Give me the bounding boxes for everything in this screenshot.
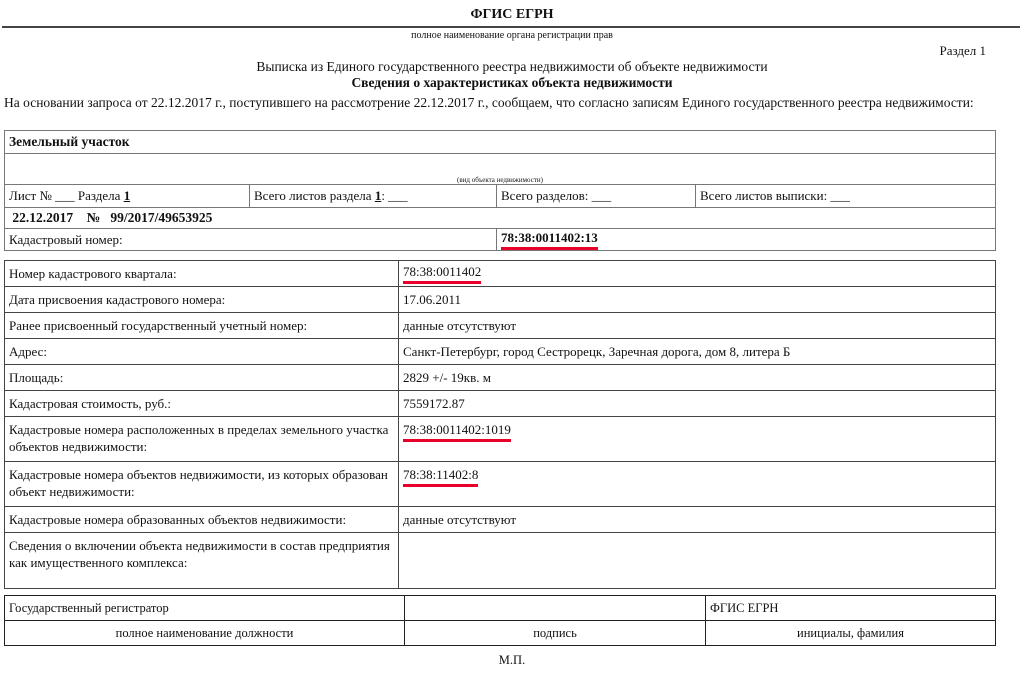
property-label: Адрес: — [5, 339, 399, 365]
property-row: Кадастровые номера объектов недвижимости… — [5, 462, 996, 507]
property-row: Адрес:Санкт-Петербург, город Сестрорецк,… — [5, 339, 996, 365]
cadastral-number-cell: 78:38:0011402:13 — [497, 229, 996, 251]
property-row: Сведения о включении объекта недвижимост… — [5, 533, 996, 589]
section-label: Раздел 1 — [939, 43, 986, 59]
property-row: Кадастровая стоимость, руб.:7559172.87 — [5, 391, 996, 417]
property-label: Площадь: — [5, 365, 399, 391]
property-value-cell: 78:38:0011402:1019 — [399, 417, 996, 462]
sheet-number-cell: Лист № ___ Раздела 1 — [5, 185, 250, 208]
extract-date: 22.12.2017 — [12, 210, 73, 225]
intro-paragraph: На основании запроса от 22.12.2017 г., п… — [4, 94, 1004, 111]
property-row: Дата присвоения кадастрового номера:17.0… — [5, 287, 996, 313]
property-value-cell: 78:38:0011402 — [399, 261, 996, 287]
name-caption: инициалы, фамилия — [706, 621, 996, 646]
extract-number: 99/2017/49653925 — [110, 210, 212, 225]
property-label: Кадастровая стоимость, руб.: — [5, 391, 399, 417]
registrar-signature — [405, 596, 706, 621]
property-value-cell: 7559172.87 — [399, 391, 996, 417]
property-label: Ранее присвоенный государственный учетны… — [5, 313, 399, 339]
property-value: 78:38:11402:8 — [403, 467, 478, 487]
property-value-cell: Санкт-Петербург, город Сестрорецк, Зареч… — [399, 339, 996, 365]
total-sheets-section-blank: : ___ — [381, 188, 407, 203]
signature-table: Государственный регистратор ФГИС ЕГРН по… — [4, 595, 996, 646]
registrar-position: Государственный регистратор — [5, 596, 405, 621]
property-value-cell — [399, 533, 996, 589]
document-title: Выписка из Единого государственного реес… — [0, 59, 1024, 75]
property-label: Кадастровые номера расположенных в преде… — [5, 417, 399, 462]
number-sign: № — [87, 210, 101, 225]
cadastral-number-label: Кадастровый номер: — [5, 229, 497, 251]
total-sections: Всего разделов: ___ — [497, 185, 696, 208]
section-number: 1 — [124, 188, 131, 203]
signature-caption: подпись — [405, 621, 706, 646]
property-value-cell: данные отсутствуют — [399, 507, 996, 533]
property-value: 17.06.2011 — [403, 292, 461, 307]
property-value: 78:38:0011402 — [403, 264, 481, 284]
object-type: Земельный участок — [5, 131, 996, 154]
object-type-caption: (вид объекта недвижимости) — [5, 154, 996, 185]
property-row: Площадь:2829 +/- 19кв. м — [5, 365, 996, 391]
section-word: Раздела — [78, 188, 121, 203]
object-header-table: Земельный участок (вид объекта недвижимо… — [4, 130, 996, 251]
property-value-cell: 78:38:11402:8 — [399, 462, 996, 507]
sheet-label: Лист № — [9, 188, 52, 203]
property-value: данные отсутствуют — [403, 512, 516, 527]
registry-org-caption: полное наименование органа регистрации п… — [0, 30, 1024, 41]
property-label: Дата присвоения кадастрового номера: — [5, 287, 399, 313]
stamp-place: М.П. — [0, 653, 1024, 668]
properties-table: Номер кадастрового квартала:78:38:001140… — [4, 260, 996, 589]
header-rule — [2, 26, 1020, 28]
property-value-cell: 2829 +/- 19кв. м — [399, 365, 996, 391]
property-label: Кадастровые номера объектов недвижимости… — [5, 462, 399, 507]
property-row: Номер кадастрового квартала:78:38:001140… — [5, 261, 996, 287]
property-value: 7559172.87 — [403, 396, 465, 411]
property-value-cell: данные отсутствуют — [399, 313, 996, 339]
total-extract-sheets: Всего листов выписки: ___ — [696, 185, 996, 208]
property-value-cell: 17.06.2011 — [399, 287, 996, 313]
property-value: 78:38:0011402:1019 — [403, 422, 511, 442]
property-value: данные отсутствуют — [403, 318, 516, 333]
property-value: Санкт-Петербург, город Сестрорецк, Зареч… — [403, 344, 790, 359]
extract-number-cell: 22.12.2017 № 99/2017/49653925 — [5, 208, 996, 229]
cadastral-number-value: 78:38:0011402:13 — [501, 230, 598, 250]
registry-org-name: ФГИС ЕГРН — [0, 7, 1024, 23]
registrar-name: ФГИС ЕГРН — [706, 596, 996, 621]
sheet-blank: ___ — [55, 188, 75, 203]
property-row: Ранее присвоенный государственный учетны… — [5, 313, 996, 339]
property-label: Номер кадастрового квартала: — [5, 261, 399, 287]
property-label: Кадастровые номера образованных объектов… — [5, 507, 399, 533]
property-row: Кадастровые номера образованных объектов… — [5, 507, 996, 533]
property-label: Сведения о включении объекта недвижимост… — [5, 533, 399, 589]
property-row: Кадастровые номера расположенных в преде… — [5, 417, 996, 462]
position-caption: полное наименование должности — [5, 621, 405, 646]
property-value: 2829 +/- 19кв. м — [403, 370, 491, 385]
document-subtitle: Сведения о характеристиках объекта недви… — [0, 75, 1024, 91]
total-sheets-section-cell: Всего листов раздела 1: ___ — [250, 185, 497, 208]
total-sheets-section-label: Всего листов раздела — [254, 188, 372, 203]
